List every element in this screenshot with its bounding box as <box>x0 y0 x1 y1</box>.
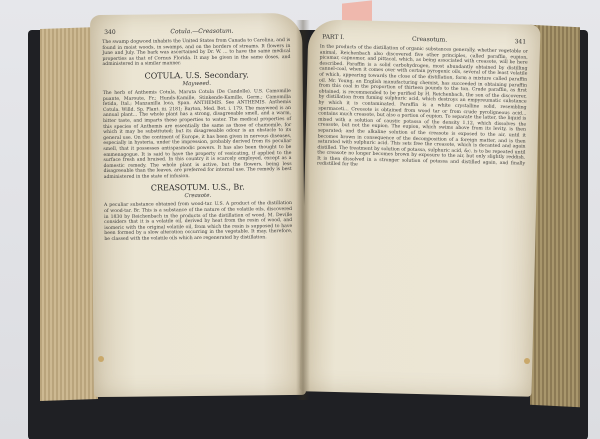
part-label: PART I. <box>322 34 345 42</box>
creasotum-continued-body: In the products of the distillation of o… <box>305 44 540 173</box>
right-page: PART I. Creasotum. 341 In the products o… <box>299 19 540 397</box>
foxing-stain <box>524 358 530 364</box>
running-title: Creasotum. <box>412 36 447 44</box>
page-number: 341 <box>515 38 527 45</box>
foxing-stain <box>98 356 104 362</box>
page-number: 340 <box>104 29 116 36</box>
left-page-edges <box>40 27 98 401</box>
section-subtitle-creasote: Creasote. <box>92 192 304 200</box>
cotula-body: The herb of Anthemis Cotula, Maruta Cotu… <box>91 89 304 181</box>
intro-paragraph: The swamp dogwood inhabits the United St… <box>90 38 302 68</box>
section-subtitle-mayweed: Mayweed. <box>91 80 303 88</box>
running-title: Cotula.—Creasotum. <box>170 28 233 36</box>
book-gutter-shadow <box>296 20 310 400</box>
left-page-header: 340 Cotula.—Creasotum. <box>90 13 302 40</box>
left-page: 340 Cotula.—Creasotum. The swamp dogwood… <box>90 13 306 397</box>
creasotum-body: A peculiar substance obtained from wood-… <box>92 201 304 242</box>
